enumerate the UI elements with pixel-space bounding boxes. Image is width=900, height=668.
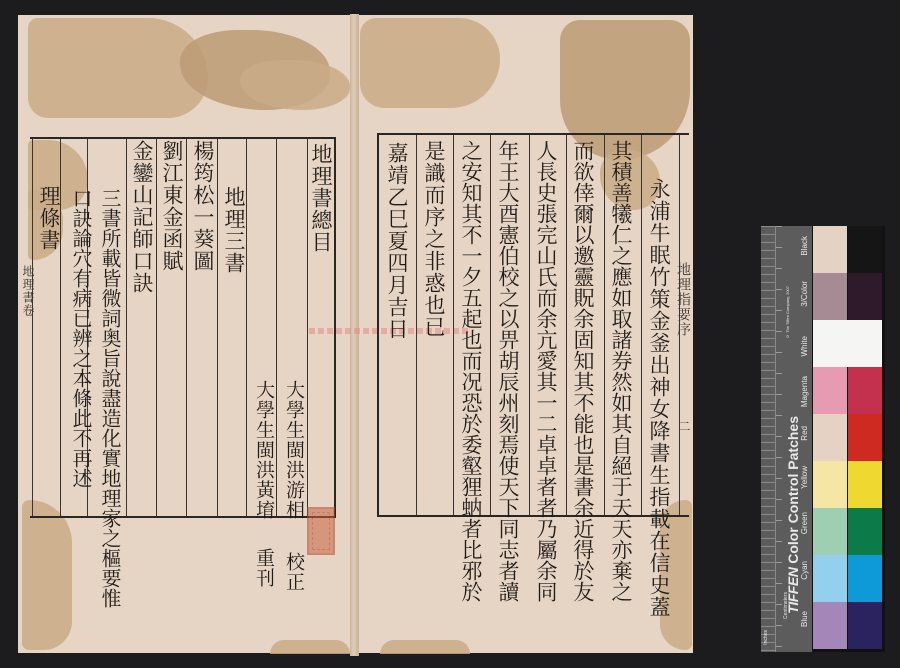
chart-title: TIFFEN Color Control Patches xyxy=(785,416,801,614)
patch-magenta-dark xyxy=(848,367,882,414)
chart-copyright: © The Tiffen Company, 2007 xyxy=(785,286,790,339)
patch-black-light xyxy=(813,226,847,273)
patch-white xyxy=(813,320,882,367)
units-inches-label: Inches xyxy=(763,630,769,645)
water-stain xyxy=(380,640,470,654)
patch-green-dark xyxy=(848,508,882,555)
credit-name: 大學生閩洪游相 xyxy=(284,380,303,520)
water-stain xyxy=(270,640,350,654)
patch-blue-dark xyxy=(848,602,882,649)
toc-title: 地理書總目 xyxy=(310,143,331,253)
margin-title: 地理指要序 xyxy=(676,262,690,337)
patch-label-red: Red xyxy=(800,426,809,441)
cm-ruler xyxy=(776,226,782,652)
patch-magenta-light xyxy=(813,367,847,414)
preface-column: 年王大酉憲伯校之以畀胡辰州刻焉使天下同志者讀 xyxy=(497,140,518,602)
page-number: 二 xyxy=(678,420,690,433)
patch-3color-dark xyxy=(848,273,882,320)
patch-yellow-dark xyxy=(848,461,882,508)
toc-item: 金鑾山記師口訣 xyxy=(131,140,152,294)
chart-title-text: Color Control Patches xyxy=(785,416,801,564)
patch-yellow-light xyxy=(813,461,847,508)
patch-cyan-light xyxy=(813,555,847,602)
patch-label-green: Green xyxy=(800,512,809,534)
patch-red-light xyxy=(813,414,847,461)
water-stain xyxy=(360,18,500,108)
preface-column: 其積善犧仁之應如取諸券然如其自絕于天天亦棄之 xyxy=(610,140,631,602)
patch-label-3color: 3/Color xyxy=(800,281,809,307)
toc-item: 劉江東金函賦 xyxy=(161,140,182,272)
preface-column: 之安知其不一夕五起也而况恐於委壑狸蚋者比邪於 xyxy=(460,140,481,602)
patch-label-magenta: Magenta xyxy=(800,376,809,407)
color-control-chart: Inches Centimeters TIFFEN Color Control … xyxy=(761,226,885,652)
toc-note: 三書所載皆微詞奥旨說盡造化實地理家之樞要惟 xyxy=(100,188,120,608)
inch-ruler xyxy=(761,226,776,652)
tiffen-brand: TIFFEN xyxy=(785,568,801,614)
patch-label-blue: Blue xyxy=(800,611,809,627)
patch-blue-light xyxy=(813,602,847,649)
credit-role: 重刊 xyxy=(254,548,273,588)
toc-item: 楊筠松一葵圖 xyxy=(192,140,213,272)
patch-red-dark xyxy=(848,414,882,461)
toc-section-heading: 地理三書 xyxy=(223,186,244,274)
collector-seal xyxy=(307,507,335,555)
patch-green-light xyxy=(813,508,847,555)
patch-3color-light xyxy=(813,273,847,320)
patch-label-black: Black xyxy=(800,236,809,256)
preface-column: 永浦牛眠竹策金釜出神女降書生指載在信史蓋 xyxy=(648,178,669,618)
preface-column: 人長史張完山氏而余亢愛其一二卓卓者者乃屬余同 xyxy=(535,140,556,602)
toc-section-heading: 理條書 xyxy=(38,185,59,251)
chart-label-strip: Inches Centimeters TIFFEN Color Control … xyxy=(761,226,812,652)
patch-cyan-dark xyxy=(848,555,882,602)
preface-column: 是識而序之非惑也已 xyxy=(423,140,444,338)
preface-date: 嘉靖乙巳夏四月吉日 xyxy=(386,142,407,340)
patch-black-dark xyxy=(848,226,882,273)
water-stain xyxy=(22,500,72,650)
toc-note: 口訣論穴有病已辨之本條此不再述 xyxy=(71,188,91,488)
credit-role: 校正 xyxy=(284,552,303,592)
preface-column: 而欲倖爾以邀靈貺余固知其不能也是書余近得於友 xyxy=(572,140,593,602)
patch-label-cyan: Cyan xyxy=(800,561,809,580)
book-scan: 地理書卷 地理書總目 地理三書 楊筠松一葵圖 劉江東金函賦 金鑾山記師口訣 三書… xyxy=(0,0,900,668)
patch-label-yellow: Yellow xyxy=(800,466,809,489)
credit-name: 大學生閩洪黃堉 xyxy=(254,380,273,520)
patch-label-white: White xyxy=(800,336,809,356)
book-fold xyxy=(350,14,359,656)
